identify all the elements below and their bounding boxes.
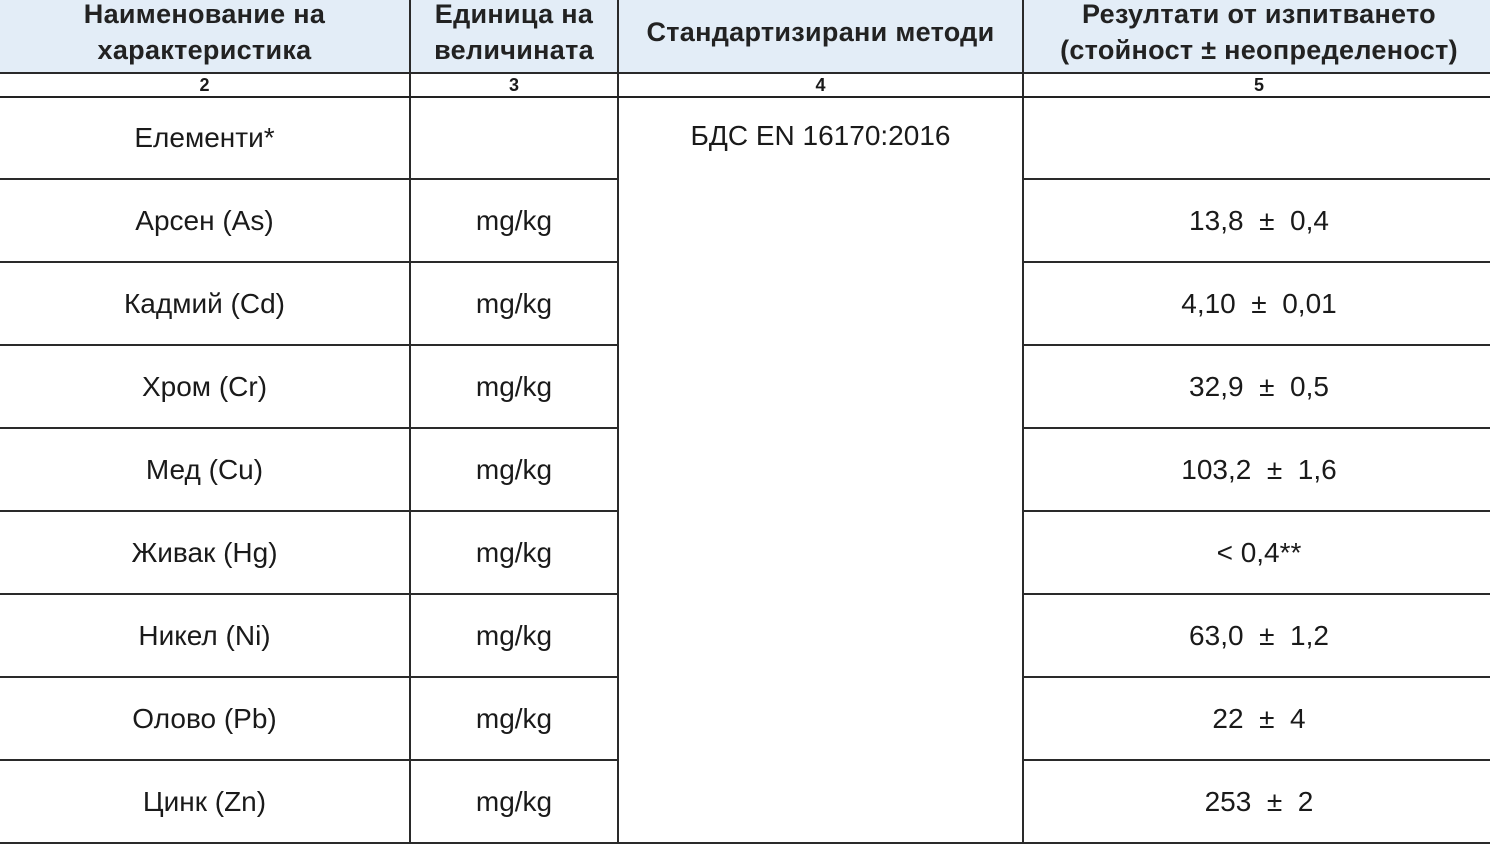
header-results-line1: Резултати от изпитването [1024,0,1490,32]
characteristic-name: Никел (Ni) [0,594,410,677]
header-unit-line2: величината [411,32,617,68]
unit-cell: mg/kg [410,428,618,511]
header-characteristic-line2: характеристика [0,32,409,68]
result-cell: 32,9 ± 0,5 [1023,345,1490,428]
test-results-table: Наименование на характеристика Единица н… [0,0,1490,844]
table-row-group: Елементи* БДС EN 16170:2016 [0,97,1490,179]
result-cell [1023,97,1490,179]
column-number-row: 2 3 4 5 [0,73,1490,97]
characteristic-name: Олово (Pb) [0,677,410,760]
result-cell: 103,2 ± 1,6 [1023,428,1490,511]
result-cell: 13,8 ± 0,4 [1023,179,1490,262]
method-cell: БДС EN 16170:2016 [618,97,1023,843]
characteristic-name: Арсен (As) [0,179,410,262]
unit-cell [410,97,618,179]
header-unit-line1: Единица на [411,0,617,32]
result-cell: 253 ± 2 [1023,760,1490,843]
unit-cell: mg/kg [410,677,618,760]
column-number: 5 [1023,73,1490,97]
header-method-line1: Стандартизирани методи [619,14,1022,50]
header-results-line2: (стойност ± неопределеност) [1024,32,1490,68]
header-method: Стандартизирани методи [618,0,1023,73]
column-number: 2 [0,73,410,97]
characteristic-name: Мед (Cu) [0,428,410,511]
characteristic-name: Живак (Hg) [0,511,410,594]
column-number: 4 [618,73,1023,97]
characteristic-name: Елементи* [0,97,410,179]
unit-cell: mg/kg [410,179,618,262]
header-unit: Единица на величината [410,0,618,73]
header-characteristic-line1: Наименование на [0,0,409,32]
characteristic-name: Цинк (Zn) [0,760,410,843]
column-number: 3 [410,73,618,97]
header-row: Наименование на характеристика Единица н… [0,0,1490,73]
characteristic-name: Кадмий (Cd) [0,262,410,345]
result-cell: 4,10 ± 0,01 [1023,262,1490,345]
unit-cell: mg/kg [410,345,618,428]
header-characteristic: Наименование на характеристика [0,0,410,73]
result-cell: 63,0 ± 1,2 [1023,594,1490,677]
unit-cell: mg/kg [410,760,618,843]
unit-cell: mg/kg [410,262,618,345]
unit-cell: mg/kg [410,511,618,594]
unit-cell: mg/kg [410,594,618,677]
result-cell: 22 ± 4 [1023,677,1490,760]
header-results: Резултати от изпитването (стойност ± нео… [1023,0,1490,73]
characteristic-name: Хром (Cr) [0,345,410,428]
result-cell: < 0,4** [1023,511,1490,594]
